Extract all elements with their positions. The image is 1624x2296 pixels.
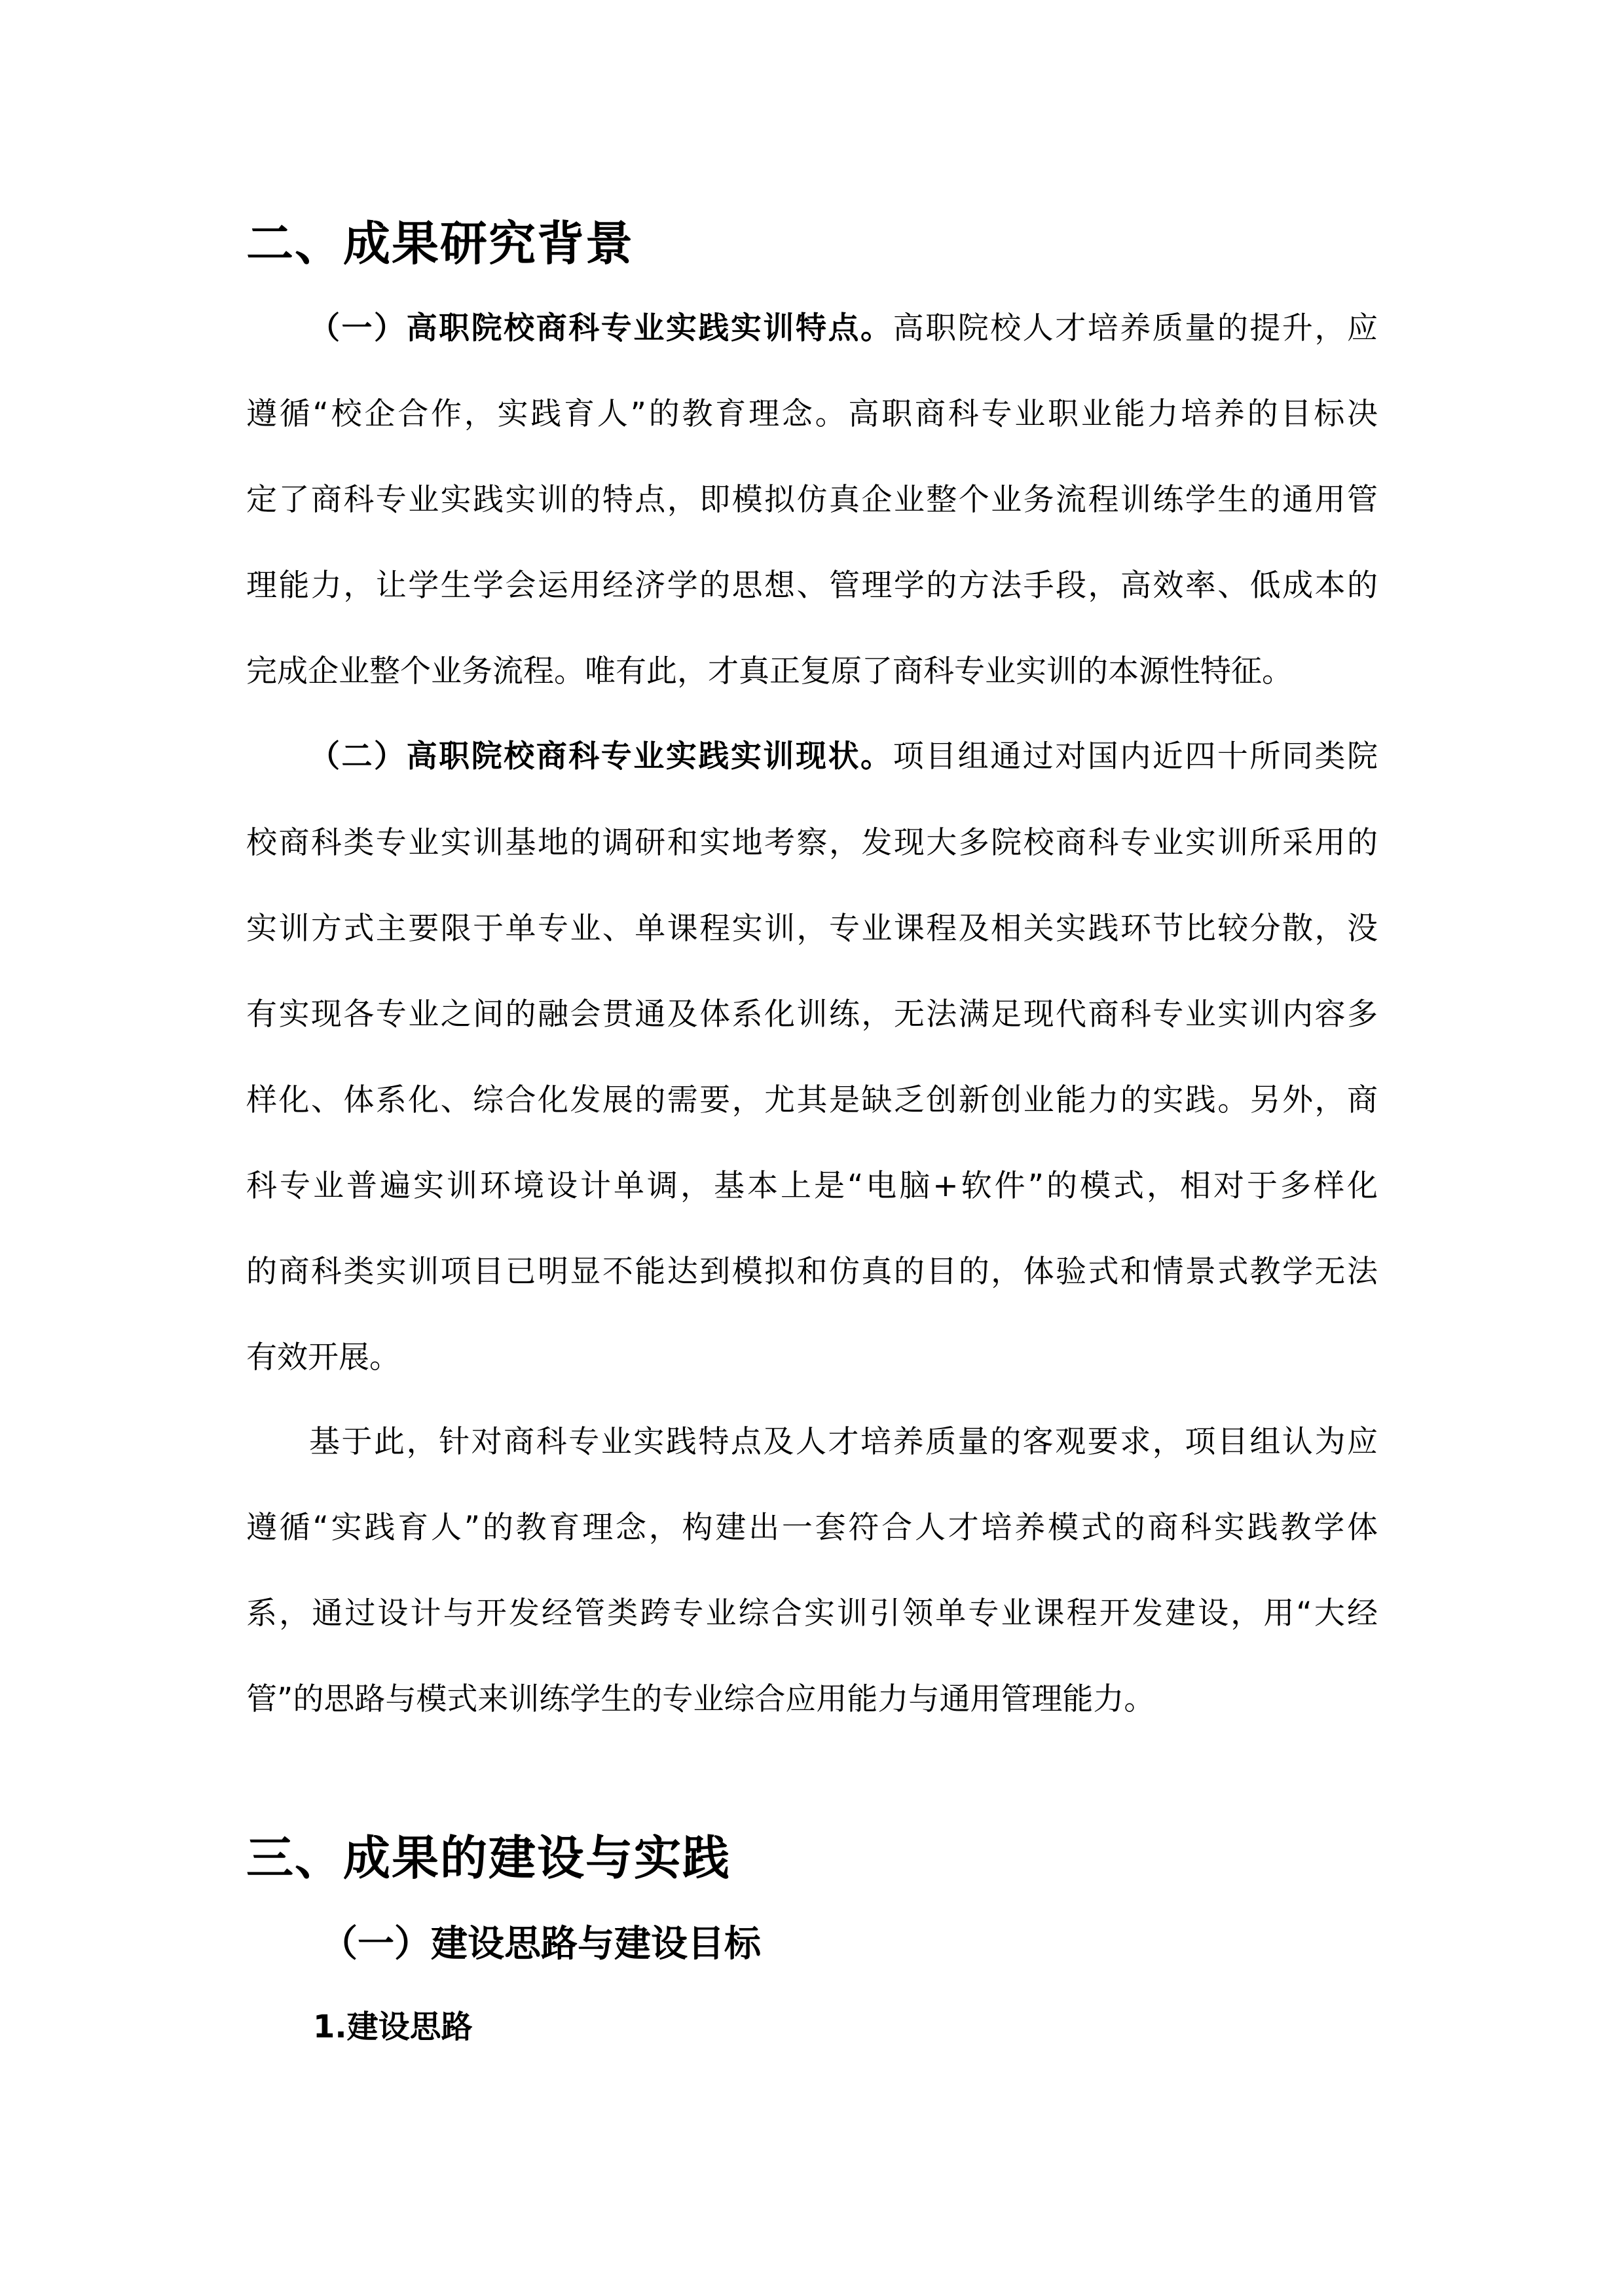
paragraph-2-line-4: 有实现各专业之间的融会贯通及体系化训练，无法满足现代商科专业实训内容多 [246,995,1378,1034]
section-heading-research-background: 二、成果研究背景 [246,214,634,273]
paragraph-3-line-4: 管”的思路与模式来训练学生的专业综合应用能力与通用管理能力。 [246,1680,1378,1719]
paragraph-2-line-8: 有效开展。 [246,1338,1378,1377]
paragraph-2-line-3: 实训方式主要限于单专业、单课程实训，专业课程及相关实践环节比较分散，没 [246,909,1378,949]
paragraph-1-line-5: 完成企业整个业务流程。唯有此，才真正复原了商科专业实训的本源性特征。 [246,652,1378,691]
paragraph-2-line-6: 科专业普遍实训环境设计单调，基本上是“电脑+软件”的模式，相对于多样化 [246,1167,1378,1206]
paragraph-1-line-1: （一）高职院校商科专业实践实训特点。高职院校人才培养质量的提升，应 [309,309,1378,348]
paragraph-3-line-2: 遵循“实践育人”的教育理念，构建出一套符合人才培养模式的商科实践教学体 [246,1508,1378,1548]
paragraph-1-line-3: 定了商科专业实践实训的特点，即模拟仿真企业整个业务流程训练学生的通用管 [246,481,1378,520]
paragraph-2-line-1: （二）高职院校商科专业实践实训现状。项目组通过对国内近四十所同类院 [309,737,1378,776]
paragraph-2-line-2: 校商科类专业实训基地的调研和实地考察，发现大多院校商科专业实训所采用的 [246,824,1378,863]
paragraph-2-line-5: 样化、体系化、综合化发展的需要，尤其是缺乏创新创业能力的实践。另外，商 [246,1081,1378,1120]
paragraph-1-text: 高职院校人才培养质量的提升，应 [893,310,1378,346]
paragraph-2-line-7: 的商科类实训项目已明显不能达到模拟和仿真的目的，体验式和情景式教学无法 [246,1252,1378,1292]
subsection-heading-ideas-goals: （一）建设思路与建设目标 [321,1922,761,1967]
section-heading-construction-practice: 三、成果的建设与实践 [246,1829,731,1887]
paragraph-3-line-3: 系，通过设计与开发经管类跨专业综合实训引领单专业课程开发建设，用“大经 [246,1594,1378,1633]
paragraph-1-lead: （一）高职院校商科专业实践实训特点。 [309,310,893,346]
paragraph-1-line-2: 遵循“校企合作，实践育人”的教育理念。高职商科专业职业能力培养的目标决 [246,395,1378,434]
paragraph-3-line-1: 基于此，针对商科专业实践特点及人才培养质量的客观要求，项目组认为应 [309,1423,1378,1462]
paragraph-2-text: 项目组通过对国内近四十所同类院 [893,738,1378,774]
item-heading-construction-ideas: 1.建设思路 [313,2007,473,2047]
document-page: 二、成果研究背景 （一）高职院校商科专业实践实训特点。高职院校人才培养质量的提升… [0,0,1624,2296]
paragraph-1-line-4: 理能力，让学生学会运用经济学的思想、管理学的方法手段，高效率、低成本的 [246,566,1378,606]
paragraph-2-lead: （二）高职院校商科专业实践实训现状。 [309,738,893,774]
